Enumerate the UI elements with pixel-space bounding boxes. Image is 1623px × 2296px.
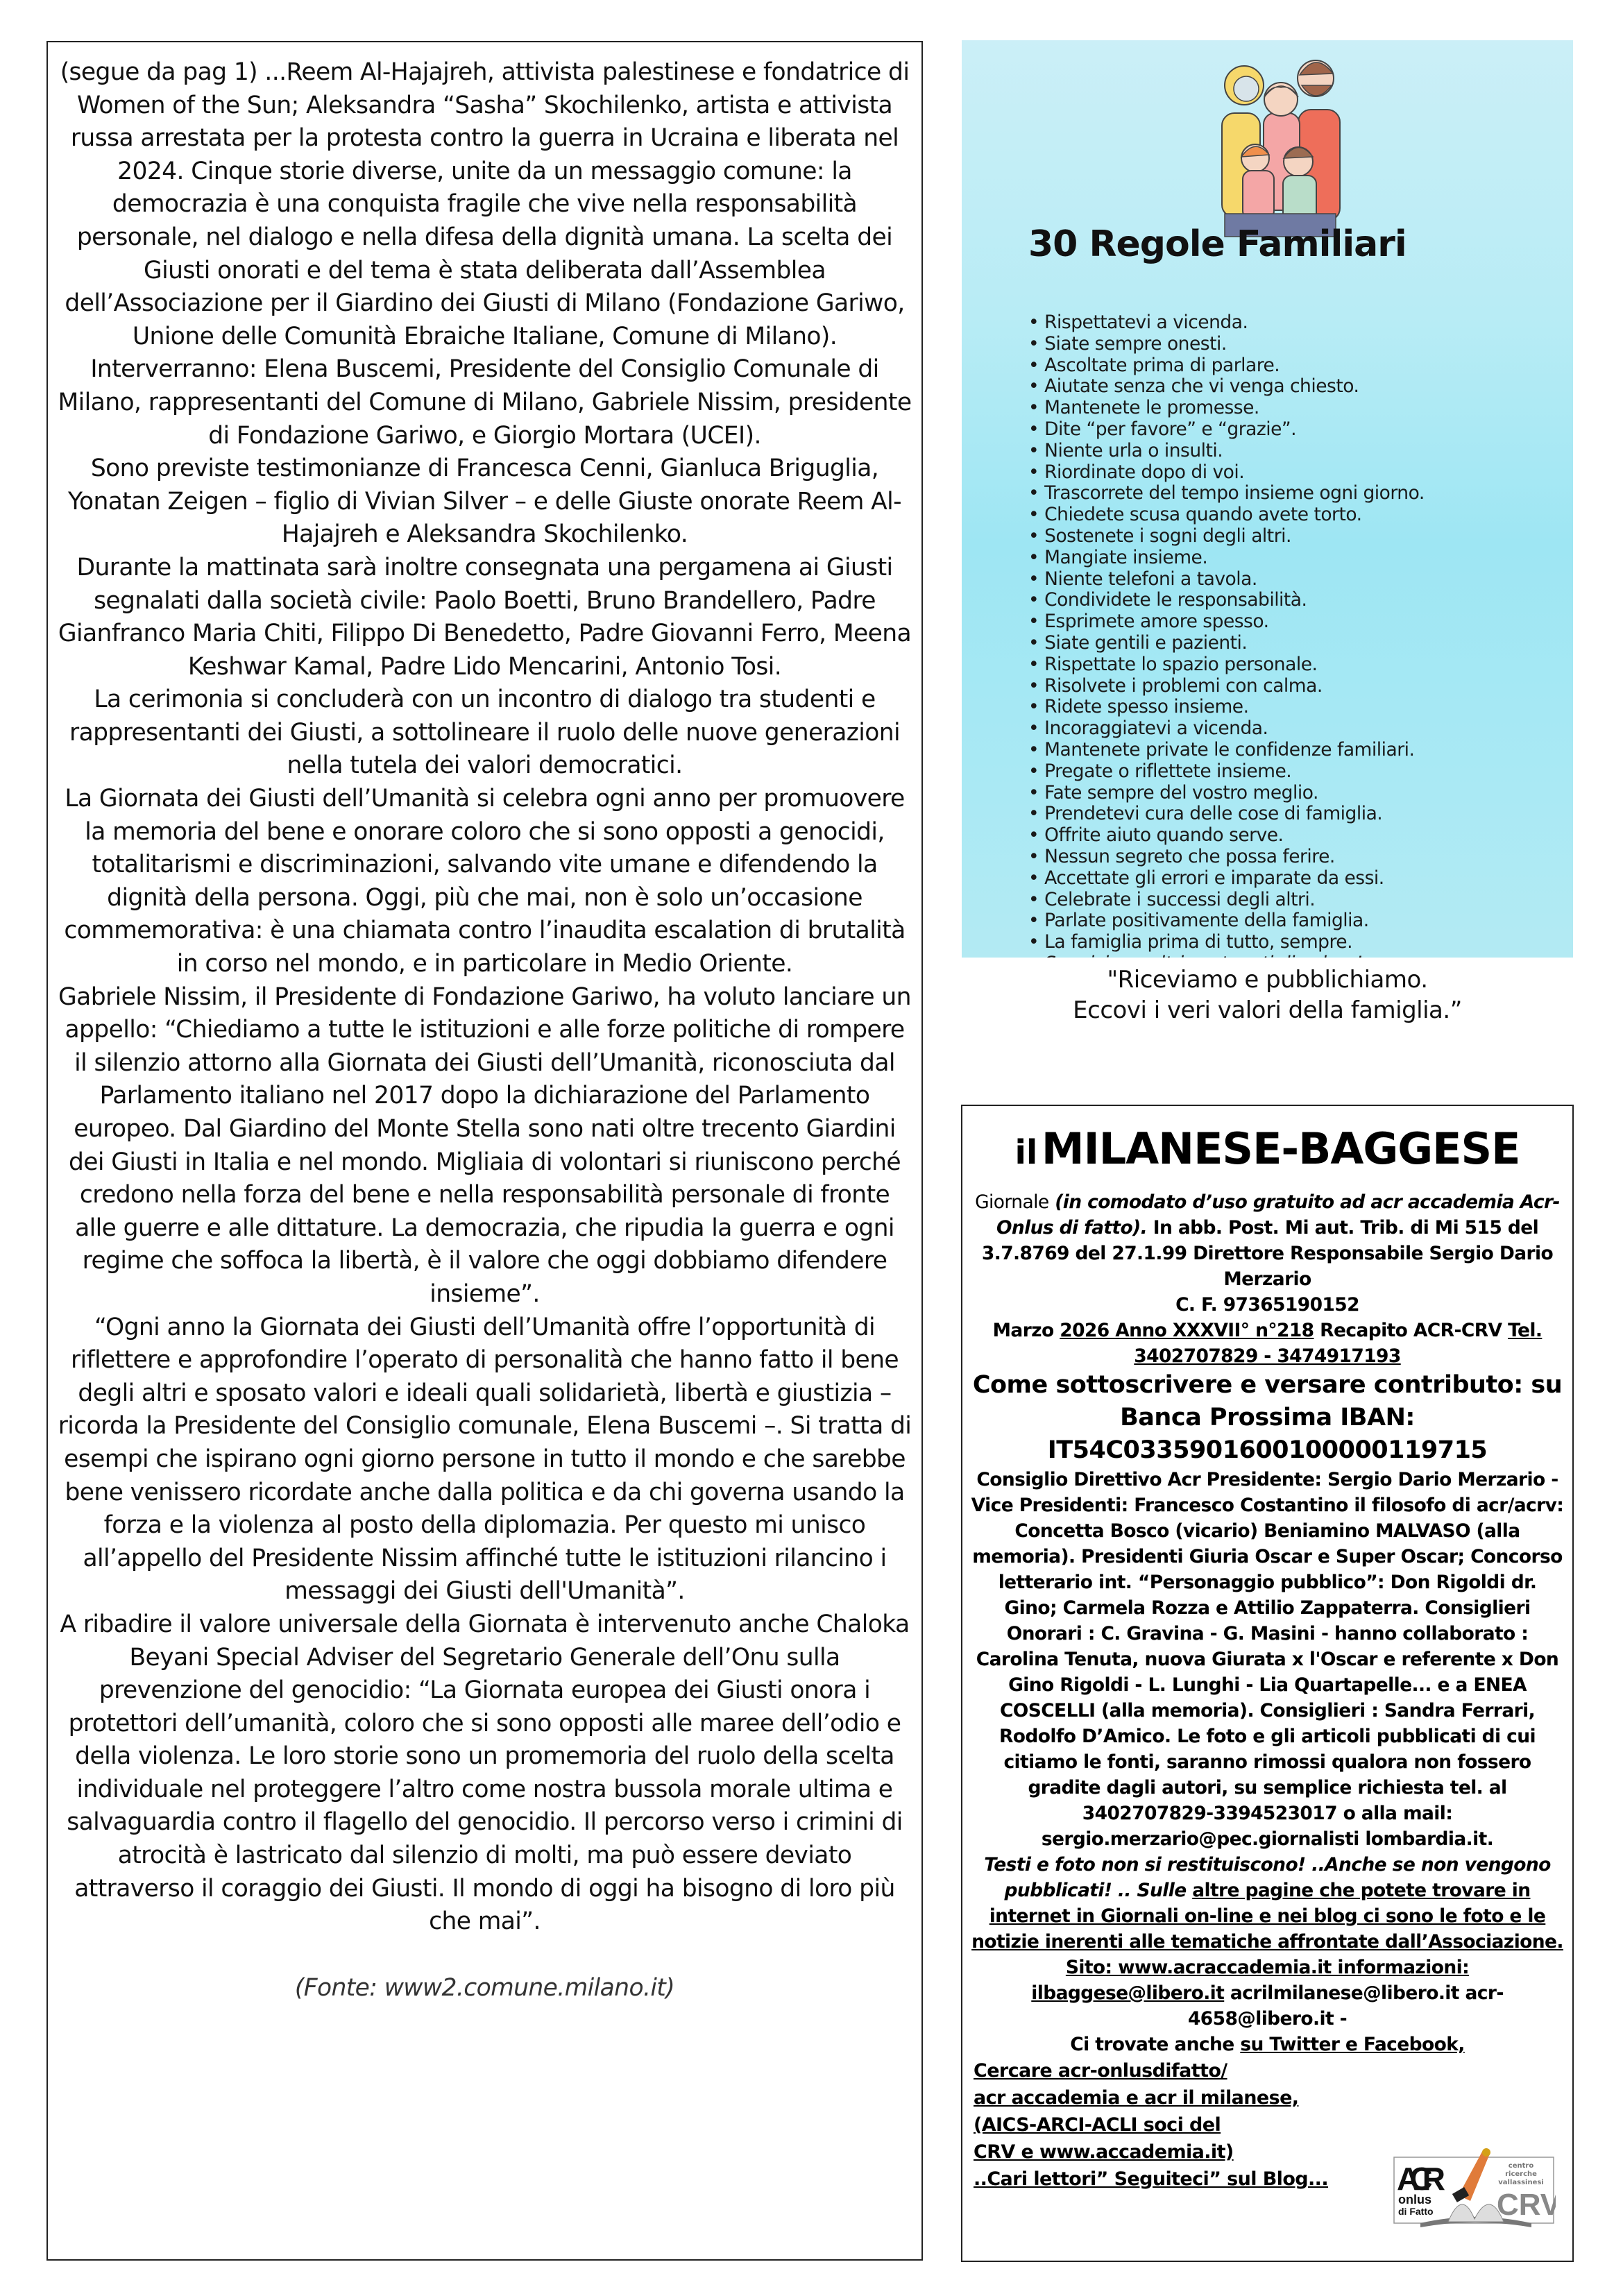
- article-paragraph: Durante la mattinata sarà inoltre conseg…: [58, 552, 912, 683]
- rule-item: Rispettate lo spazio personale.: [1028, 654, 1425, 676]
- article-paragraph: Interverranno: Elena Buscemi, Presidente…: [58, 353, 912, 452]
- acr-crv-logo-icon: ACR onlus di Fatto centro ricerche valla…: [1393, 2147, 1556, 2234]
- disclaimer-line: Testi e foto non si restituiscono! ..Anc…: [971, 1852, 1564, 2032]
- rule-item: Accettate gli errori e imparate da essi.: [1028, 868, 1425, 890]
- blog-link-1[interactable]: Cercare acr-onlusdifatto/: [971, 2057, 1564, 2084]
- article-paragraph: “Ogni anno la Giornata dei Giusti dell’U…: [58, 1311, 912, 1608]
- rule-item: Parlate positivamente della famiglia.: [1028, 910, 1425, 932]
- rules-list: Rispettatevi a vicenda. Siate sempre one…: [1028, 312, 1425, 958]
- rule-item: Siate sempre onesti.: [1028, 334, 1425, 355]
- rule-item: Riordinate dopo di voi.: [1028, 462, 1425, 484]
- director-text: Direttore Responsabile Sergio Dario Merz…: [1193, 1243, 1553, 1290]
- rule-item: Sostenete i sogni degli altri.: [1028, 526, 1425, 547]
- board-text: Consiglio Direttivo Acr Presidente: Serg…: [971, 1467, 1564, 1852]
- caption-line-2: Eccovi i veri valori della famiglia.”: [962, 995, 1573, 1026]
- blog-link-text[interactable]: Cercare acr-onlusdifatto/: [974, 2060, 1227, 2082]
- rule-item: Mantenete private le confidenze familiar…: [1028, 740, 1425, 761]
- codice-fiscale: C. F. 97365190152: [971, 1292, 1564, 1318]
- svg-text:centro: centro: [1509, 2162, 1534, 2170]
- article-paragraph: La Giornata dei Giusti dell’Umanità si c…: [58, 783, 912, 981]
- rule-item: Fate sempre del vostro meglio.: [1028, 783, 1425, 804]
- rule-item: Celebrate i successi degli altri.: [1028, 890, 1425, 911]
- recapito-label: Recapito ACR-CRV: [1320, 1320, 1502, 1341]
- issue-info: 2026 Anno XXXVII° n°218: [1060, 1320, 1314, 1341]
- rule-item: Chiedete scusa quando avete torto.: [1028, 504, 1425, 526]
- email-ilbaggese-link[interactable]: ilbaggese@libero.it: [1031, 1982, 1224, 2004]
- rule-item: Prendetevi cura delle cose di famiglia.: [1028, 803, 1425, 825]
- svg-text:ricerche: ricerche: [1505, 2170, 1537, 2178]
- rule-item: Risolvete i problemi con calma.: [1028, 676, 1425, 697]
- article-paragraph: Sono previste testimonianze di Francesca…: [58, 452, 912, 552]
- rule-item: Aiutate senza che vi venga chiesto.: [1028, 376, 1425, 398]
- masthead-title-prefix: il: [1014, 1133, 1037, 1172]
- rule-item: Ridete spesso insieme.: [1028, 697, 1425, 718]
- rule-item: La famiglia prima di tutto, sempre.: [1028, 932, 1425, 953]
- article-paragraph: La cerimonia si concluderà con un incont…: [58, 683, 912, 783]
- masthead-title-name: MILANESE-BAGGESE: [1042, 1123, 1520, 1174]
- blog-link-3[interactable]: (AICS-ARCI-ACLI soci del: [971, 2111, 1564, 2138]
- svg-text:onlus: onlus: [1398, 2193, 1431, 2206]
- rule-item: Siate gentili e pazienti.: [1028, 633, 1425, 654]
- iban-value: IT54C0335901600100000119715: [971, 1434, 1564, 1467]
- family-hug-illustration-icon: [1215, 47, 1347, 238]
- blog-link-text[interactable]: ..Cari lettori” Seguiteci” sul Blog...: [974, 2168, 1328, 2190]
- social-line: Ci trovate anche su Twitter e Facebook,: [971, 2032, 1564, 2057]
- rule-item: Rispettatevi a vicenda.: [1028, 312, 1425, 334]
- article-box: (segue da pag 1) ...Reem Al-Hajajreh, at…: [46, 41, 923, 2261]
- masthead-title: il MILANESE-BAGGESE: [971, 1124, 1564, 1185]
- rule-item: Mantenete le promesse.: [1028, 398, 1425, 419]
- issue-line: Marzo 2026 Anno XXXVII° n°218 Recapito A…: [971, 1318, 1564, 1369]
- image-caption: "Riceviamo e pubblichiamo. Eccovi i veri…: [962, 964, 1573, 1026]
- svg-text:vallassinesi: vallassinesi: [1498, 2179, 1543, 2186]
- article-paragraph: Gabriele Nissim, il Presidente di Fondaz…: [58, 981, 912, 1311]
- blog-link-text[interactable]: acr accademia e acr il milanese,: [974, 2087, 1298, 2109]
- svg-text:CRV: CRV: [1497, 2188, 1556, 2222]
- article-paragraph: A ribadire il valore universale della Gi…: [58, 1608, 912, 1939]
- rule-item: Incoraggiatevi a vicenda.: [1028, 718, 1425, 740]
- rule-item: Niente telefoni a tavola.: [1028, 569, 1425, 590]
- rule-item: Trascorrete del tempo insieme ogni giorn…: [1028, 483, 1425, 504]
- rules-title: 30 Regole Familiari: [1028, 223, 1407, 265]
- caption-line-1: "Riceviamo e pubblichiamo.: [962, 964, 1573, 995]
- social-link[interactable]: su Twitter e Facebook,: [1240, 2034, 1464, 2055]
- contribute-heading: Come sottoscrivere e versare contributo:…: [971, 1369, 1564, 1434]
- svg-text:ACR: ACR: [1397, 2161, 1445, 2197]
- rule-item: Pregate o riflettete insieme.: [1028, 761, 1425, 783]
- emails-other[interactable]: acrilmilanese@libero.it acr-4658@libero.…: [1188, 1982, 1504, 2030]
- family-rules-image: 30 Regole Familiari Rispettatevi a vicen…: [962, 40, 1573, 958]
- rule-item: Mangiate insieme.: [1028, 547, 1425, 569]
- rule-item: Niente urla o insulti.: [1028, 441, 1425, 462]
- blog-link-2[interactable]: acr accademia e acr il milanese,: [971, 2084, 1564, 2111]
- social-prefix: Ci trovate anche: [1070, 2034, 1234, 2055]
- giornale-label: Giornale: [975, 1191, 1048, 1213]
- issue-month: Marzo: [993, 1320, 1054, 1341]
- rule-item: Nessun segreto che possa ferire.: [1028, 847, 1425, 868]
- rule-item: Offrite aiuto quando serve.: [1028, 825, 1425, 847]
- rule-cta: Seguici per altri contenuti di valore!: [1028, 953, 1425, 958]
- rule-item: Ascoltate prima di parlare.: [1028, 355, 1425, 377]
- masthead-box: il MILANESE-BAGGESE Giornale (in comodat…: [961, 1105, 1574, 2262]
- blog-link-text[interactable]: CRV e www.accademia.it): [974, 2141, 1234, 2163]
- rule-item: Condividete le responsabilità.: [1028, 590, 1425, 611]
- article-paragraph: (segue da pag 1) ...Reem Al-Hajajreh, at…: [58, 56, 912, 353]
- rule-item: Esprimete amore spesso.: [1028, 611, 1425, 633]
- masthead-registration: Giornale (in comodato d’uso gratuito ad …: [971, 1189, 1564, 1292]
- svg-text:di Fatto: di Fatto: [1398, 2206, 1434, 2217]
- rule-item: Dite “per favore” e “grazie”.: [1028, 419, 1425, 441]
- article-source: (Fonte: www2.comune.milano.it): [58, 1972, 912, 2005]
- blog-link-text[interactable]: (AICS-ARCI-ACLI soci del: [974, 2114, 1221, 2136]
